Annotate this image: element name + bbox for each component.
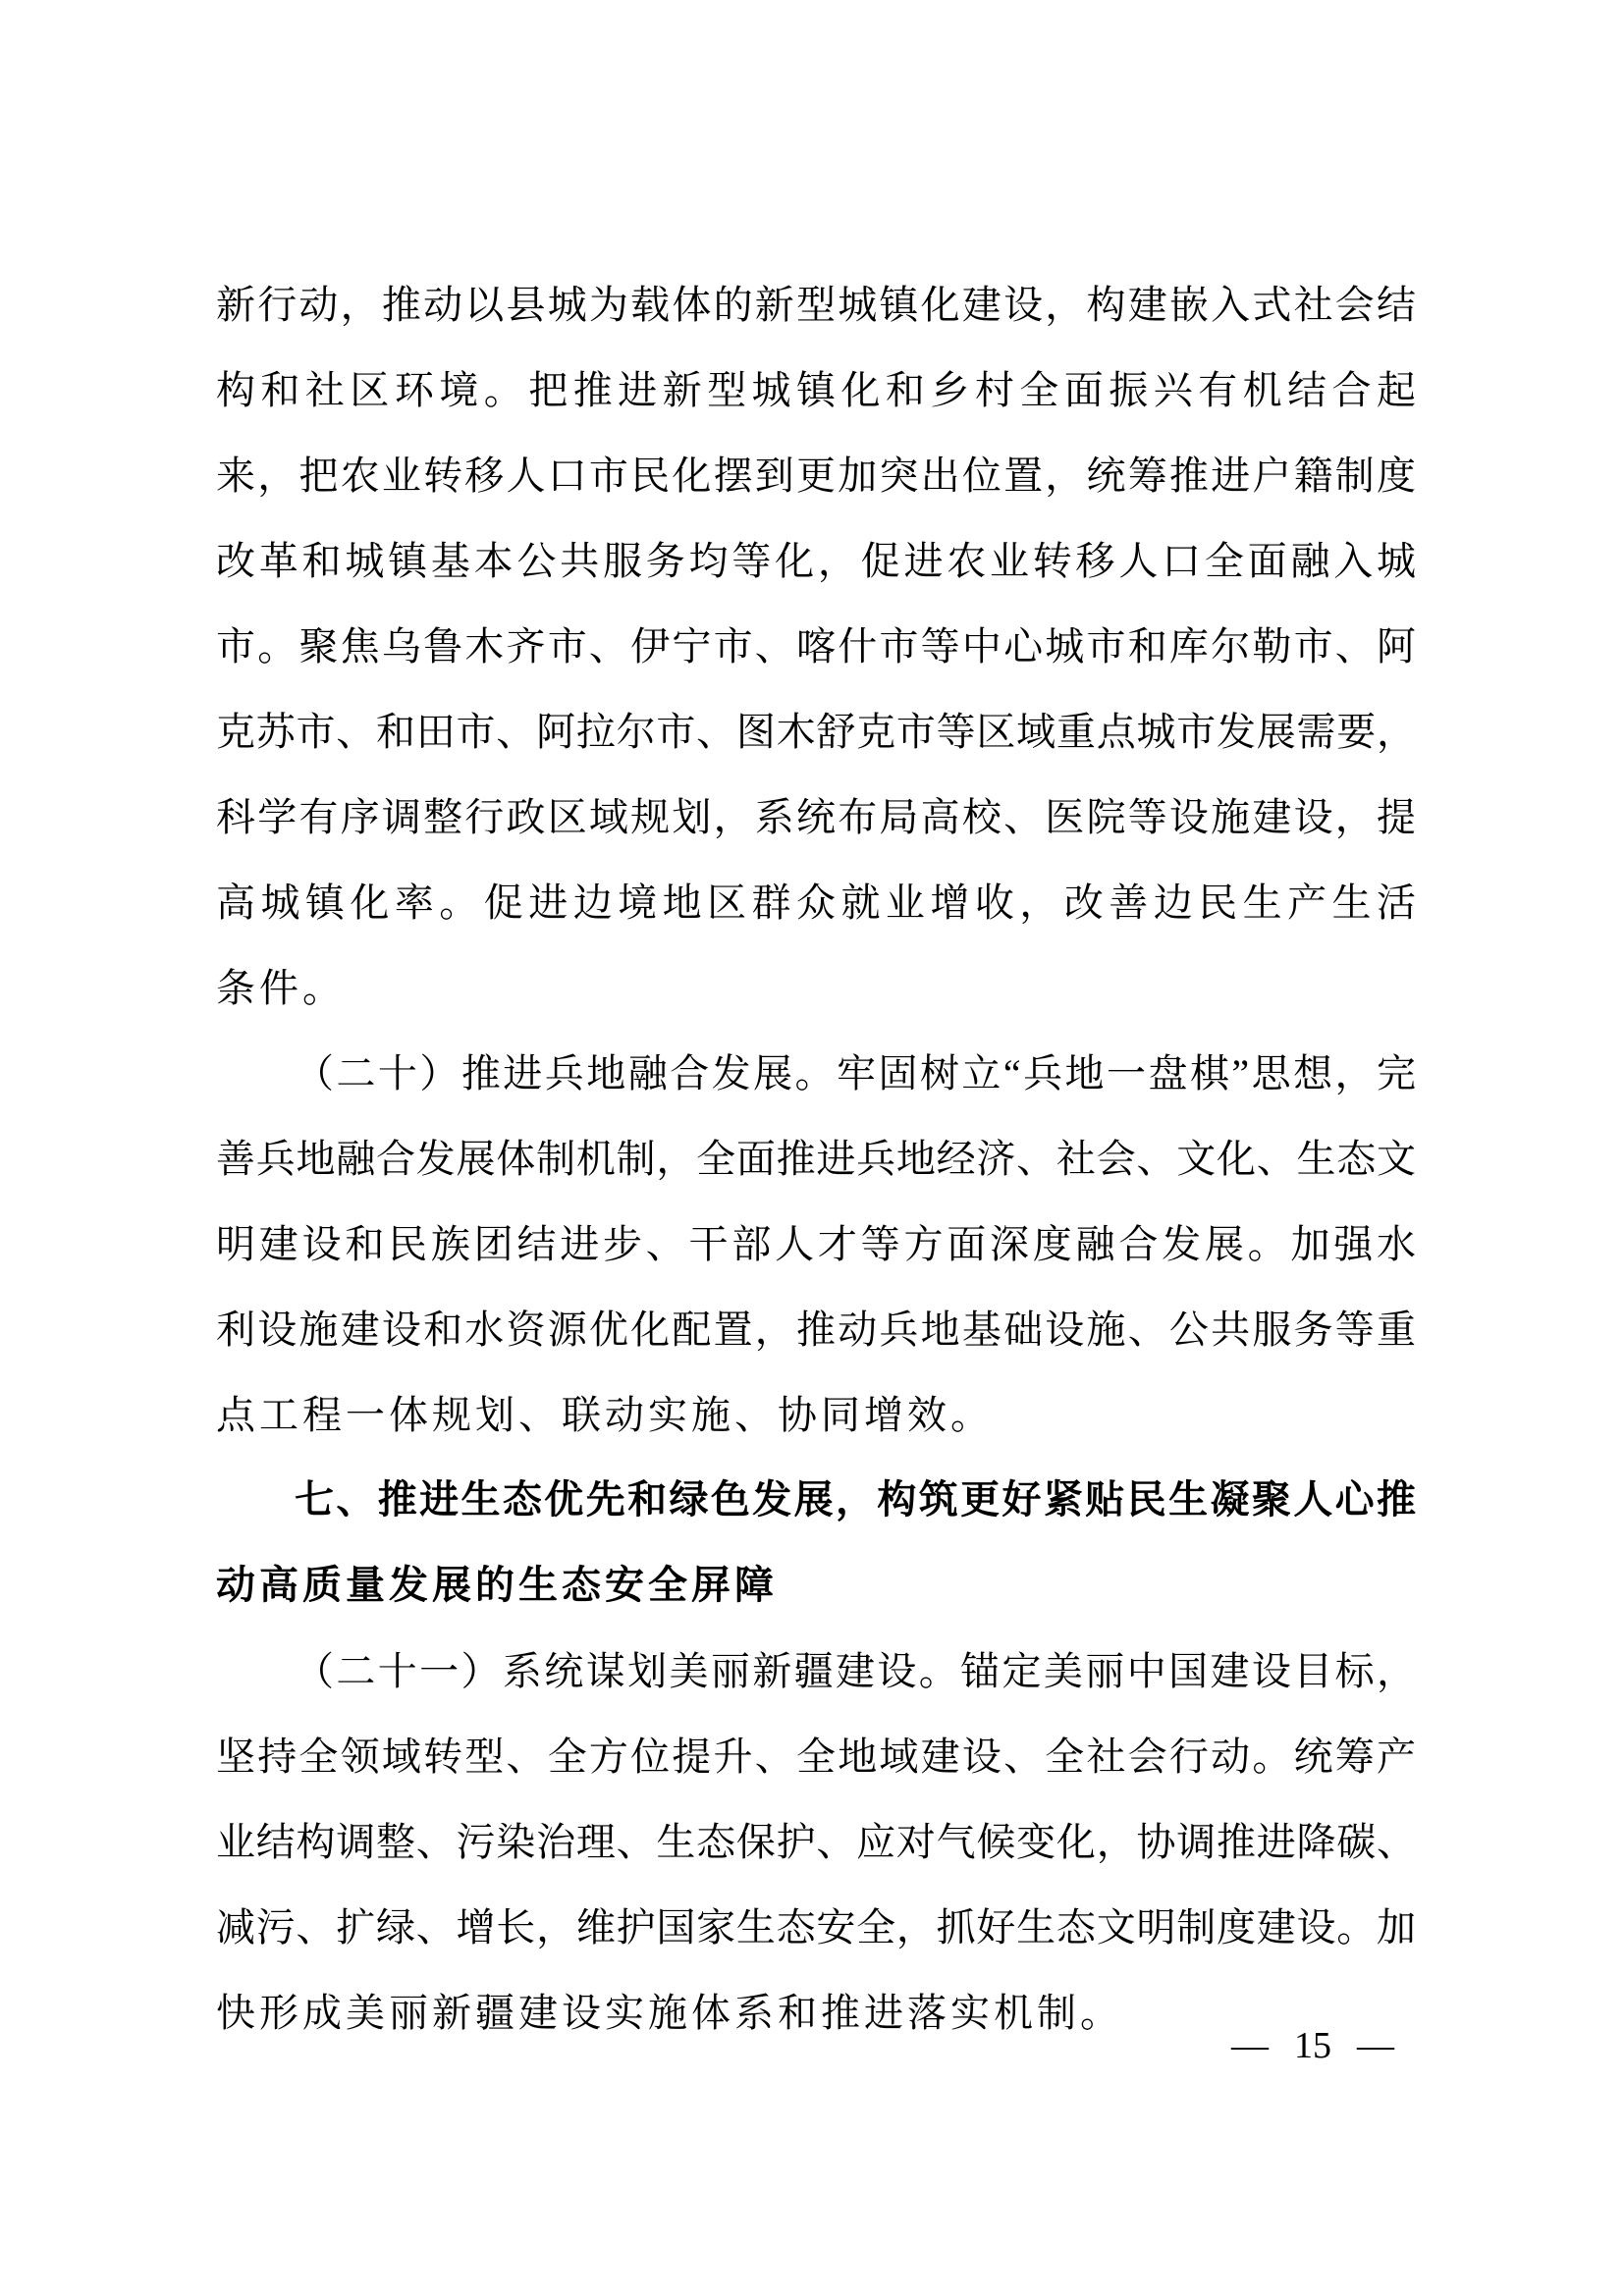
text-line: 业结构调整、污染治理、生态保护、应对气候变化，协调推进降碳、 [216,1799,1416,1885]
text-line: 高城镇化率。促进边境地区群众就业增收，改善边民生产生活 [216,860,1416,945]
text-line: （二十）推进兵地融合发展。牢固树立“兵地一盘棋”思想，完 [216,1031,1416,1116]
document-page: 新行动，推动以县城为载体的新型城镇化建设，构建嵌入式社会结 构和社区环境。把推进… [0,0,1624,2296]
clause-20-lead: （二十）推进兵地融合发展。 [295,1051,837,1095]
paragraph-clause-20: （二十）推进兵地融合发展。牢固树立“兵地一盘棋”思想，完 善兵地融合发展体制机制… [216,1031,1416,1458]
clause-21-line1-rest: 锚定美丽中国建设目标， [960,1649,1416,1693]
footer-dash-left: — [1231,2018,1269,2073]
page-number: 15 [1294,2018,1331,2073]
text-line: 克苏市、和田市、阿拉尔市、图木舒克市等区域重点城市发展需要， [216,689,1416,774]
paragraph-clause-21: （二十一）系统谋划美丽新疆建设。锚定美丽中国建设目标， 坚持全领域转型、全方位提… [216,1629,1416,2056]
text-line: 新行动，推动以县城为载体的新型城镇化建设，构建嵌入式社会结 [216,262,1416,347]
text-line: （二十一）系统谋划美丽新疆建设。锚定美丽中国建设目标， [216,1629,1416,1714]
text-line: 利设施建设和水资源优化配置，推动兵地基础设施、公共服务等重 [216,1287,1416,1372]
text-line: 明建设和民族团结进步、干部人才等方面深度融合发展。加强水 [216,1201,1416,1287]
text-line: 市。聚焦乌鲁木齐市、伊宁市、喀什市等中心城市和库尔勒市、阿 [216,604,1416,689]
clause-20-line1-rest: 牢固树立“兵地一盘棋”思想，完 [837,1051,1416,1095]
text-line: 科学有序调整行政区域规划，系统布局高校、医院等设施建设，提 [216,774,1416,860]
clause-21-lead: （二十一）系统谋划美丽新疆建设。 [295,1649,960,1693]
text-line: 构和社区环境。把推进新型城镇化和乡村全面振兴有机结合起 [216,347,1416,433]
text-line: 来，把农业转移人口市民化摆到更加突出位置，统筹推进户籍制度 [216,433,1416,518]
paragraph-urbanization: 新行动，推动以县城为载体的新型城镇化建设，构建嵌入式社会结 构和社区环境。把推进… [216,262,1416,1031]
heading-line: 动高质量发展的生态安全屏障 [216,1543,1416,1629]
footer-dash-right: — [1357,2018,1394,2073]
text-line: 条件。 [216,945,1416,1031]
text-line: 点工程一体规划、联动实施、协同增效。 [216,1372,1416,1458]
text-line: 改革和城镇基本公共服务均等化，促进农业转移人口全面融入城 [216,518,1416,604]
page-footer: — 15 — [1231,2018,1394,2073]
text-line: 减污、扩绿、增长，维护国家生态安全，抓好生态文明制度建设。加 [216,1885,1416,1970]
section-7-heading: 七、推进生态优先和绿色发展，构筑更好紧贴民生凝聚人心推 动高质量发展的生态安全屏… [216,1458,1416,1629]
text-block: 新行动，推动以县城为载体的新型城镇化建设，构建嵌入式社会结 构和社区环境。把推进… [216,262,1416,2056]
heading-line: 七、推进生态优先和绿色发展，构筑更好紧贴民生凝聚人心推 [216,1458,1416,1543]
text-line: 坚持全领域转型、全方位提升、全地域建设、全社会行动。统筹产 [216,1714,1416,1799]
text-line: 善兵地融合发展体制机制，全面推进兵地经济、社会、文化、生态文 [216,1116,1416,1201]
